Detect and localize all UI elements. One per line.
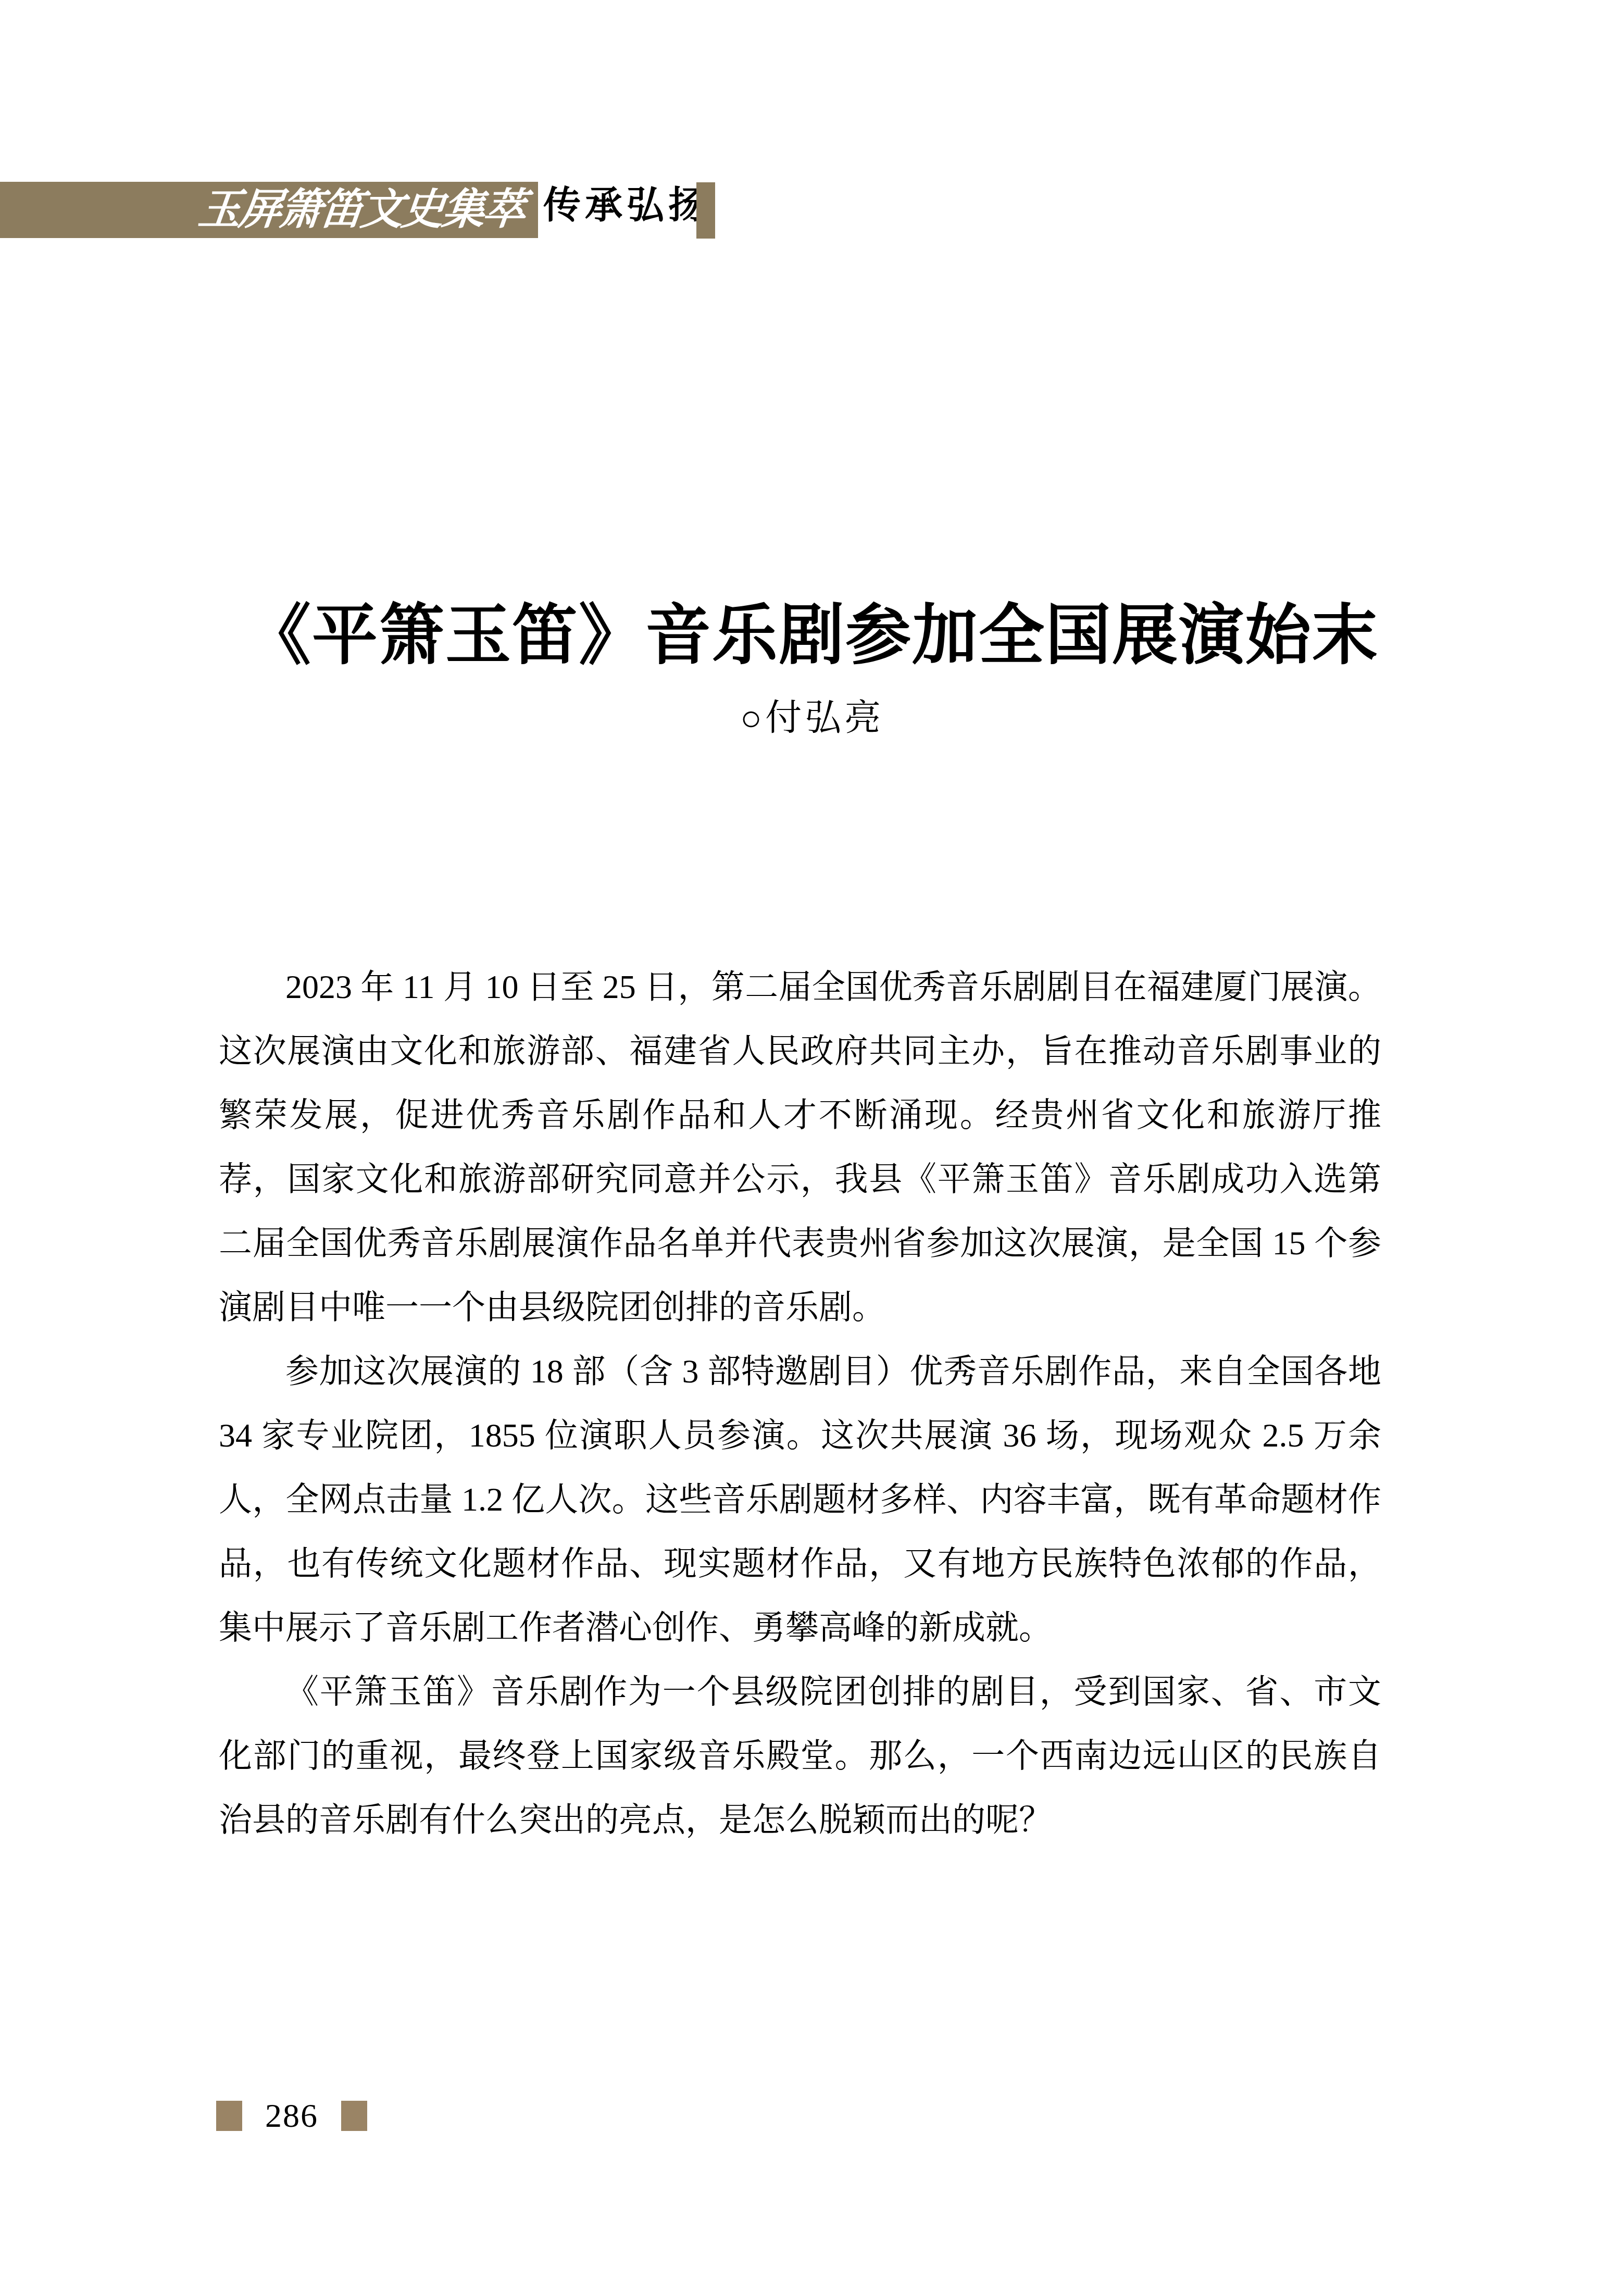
paragraph: 《平箫玉笛》音乐剧作为一个县级院团创排的剧目，受到国家、省、市文化部门的重视，最… bbox=[219, 1660, 1381, 1852]
article-body: 2023 年 11 月 10 日至 25 日，第二届全国优秀音乐剧剧目在福建厦门… bbox=[219, 955, 1381, 1852]
article-author: ○付弘亮 bbox=[0, 695, 1624, 742]
header-banner: 玉屏箫笛文史集萃 bbox=[0, 182, 538, 238]
footer-right-square bbox=[341, 2101, 367, 2131]
paragraph: 2023 年 11 月 10 日至 25 日，第二届全国优秀音乐剧剧目在福建厦门… bbox=[219, 955, 1381, 1339]
paragraph: 参加这次展演的 18 部（含 3 部特邀剧目）优秀音乐剧作品，来自全国各地 34… bbox=[219, 1339, 1381, 1660]
page-number: 286 bbox=[265, 2099, 318, 2133]
footer: 286 bbox=[216, 2099, 367, 2133]
header-accent-square bbox=[696, 182, 715, 239]
footer-left-square bbox=[216, 2101, 242, 2131]
header-section-label: 传承弘扬 bbox=[543, 186, 710, 224]
article-title: 《平箫玉笛》音乐剧参加全国展演始末 bbox=[0, 600, 1624, 673]
book-page: 玉屏箫笛文史集萃 传承弘扬 《平箫玉笛》音乐剧参加全国展演始末 ○付弘亮 202… bbox=[0, 0, 1624, 2269]
banner-calligraphy-text: 玉屏箫笛文史集萃 bbox=[196, 185, 526, 235]
